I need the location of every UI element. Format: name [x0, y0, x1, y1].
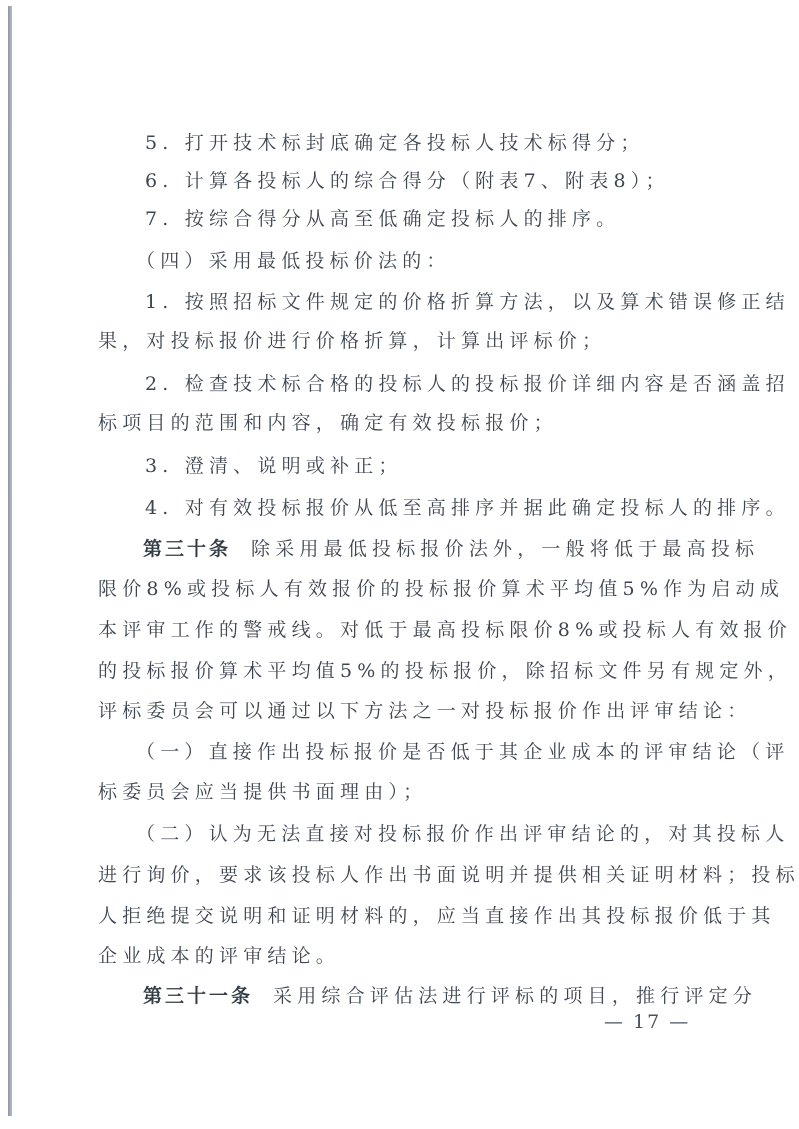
list-item-7: 7. 按综合得分从高至低确定投标人的排序。	[145, 207, 620, 231]
paragraph-line: 4. 对有效投标报价从低至高排序并据此确定投标人的排序。	[145, 496, 790, 520]
paragraph-line: 标项目的范围和内容，确定有效投标报价；	[98, 411, 558, 435]
paragraph-line: 企业成本的评审结论。	[98, 944, 340, 968]
paragraph-line: （一）直接作出投标报价是否低于其企业成本的评审结论（评	[136, 740, 789, 764]
section-four-heading: （四）采用最低投标价法的：	[136, 249, 451, 273]
binding-edge	[8, 6, 12, 1116]
paragraph-line: 果，对投标报价进行价格折算，计算出评标价；	[98, 329, 606, 353]
paragraph-line: （二）认为无法直接对投标报价作出评审结论的，对其投标人	[136, 822, 789, 846]
paragraph-line: 的投标报价算术平均值5%的投标报价，除招标文件另有规定外，	[98, 659, 792, 683]
page-number: — 17 —	[604, 1011, 690, 1033]
paragraph-line: 评标委员会可以通过以下方法之一对投标报价作出评审结论：	[98, 699, 751, 723]
paragraph-line: 2. 检查技术标合格的投标人的投标报价详细内容是否涵盖招	[145, 372, 790, 396]
paragraph-line: 限价8%或投标人有效报价的投标报价算术平均值5%作为启动成	[98, 577, 784, 601]
article-text: 除采用最低投标报价法外，一般将低于最高投标	[251, 538, 759, 560]
list-item-6: 6. 计算各投标人的综合得分（附表7、附表8）；	[145, 169, 670, 193]
paragraph-line: 进行询价，要求该投标人作出书面说明并提供相关证明材料；投标	[98, 863, 799, 887]
article-31: 第三十一条采用综合评估法进行评标的项目，推行评定分	[143, 984, 757, 1008]
paragraph-line: 3. 澄清、说明或补正；	[145, 454, 403, 478]
list-item-5: 5. 打开技术标封底确定各投标人技术标得分；	[145, 131, 645, 155]
article-30: 第三十条除采用最低投标报价法外，一般将低于最高投标	[143, 537, 759, 561]
article-heading: 第三十条	[143, 538, 231, 560]
article-text: 采用综合评估法进行评标的项目，推行评定分	[273, 985, 757, 1007]
paragraph-line: 标委员会应当提供书面理由）；	[98, 780, 427, 804]
paragraph-line: 1. 按照招标文件规定的价格折算方法，以及算术错误修正结	[145, 290, 790, 314]
article-heading: 第三十一条	[143, 985, 253, 1007]
paragraph-line: 人拒绝提交说明和证明材料的，应当直接作出其投标报价低于其	[98, 904, 776, 928]
paragraph-line: 本评审工作的警戒线。对低于最高投标限价8%或投标人有效报价	[98, 618, 792, 642]
